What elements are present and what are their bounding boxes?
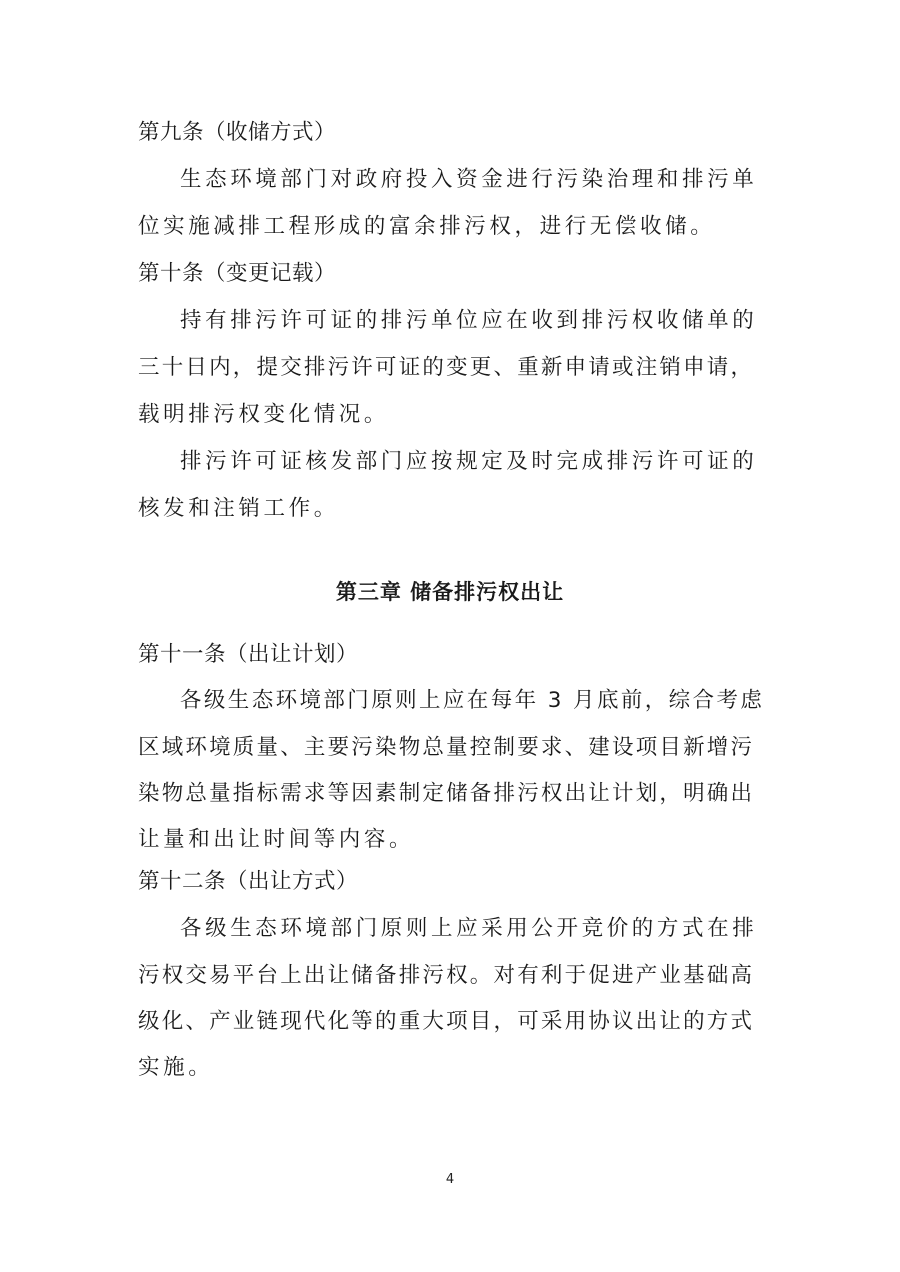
article-10-para-1-line-1: 持有排污许可证的排污单位应在收到排污权收储单的 — [180, 306, 770, 336]
article-12-line-4: 实施。 — [138, 1053, 768, 1083]
article-9-line-2: 位实施减排工程形成的富余排污权，进行无偿收储。 — [138, 212, 768, 242]
article-12-line-3: 级化、产业链现代化等的重大项目，可采用协议出让的方式 — [138, 1007, 768, 1037]
article-9-heading: 第九条（收储方式） — [138, 118, 768, 148]
article-10-para-1-line-2: 三十日内，提交排污许可证的变更、重新申请或注销申请， — [138, 353, 768, 383]
article-9-line-1: 生态环境部门对政府投入资金进行污染治理和排污单 — [180, 165, 770, 195]
page-number: 4 — [0, 1170, 900, 1190]
article-10-para-1-line-3: 载明排污权变化情况。 — [138, 400, 768, 430]
article-10-para-2-line-2: 核发和注销工作。 — [138, 494, 768, 524]
document-page: 第九条（收储方式） 生态环境部门对政府投入资金进行污染治理和排污单 位实施减排工… — [0, 0, 900, 1272]
article-10-heading: 第十条（变更记载） — [138, 259, 768, 289]
article-11-heading: 第十一条（出让计划） — [138, 640, 768, 670]
article-11-line-4: 让量和出让时间等内容。 — [138, 825, 768, 855]
article-10-para-2-line-1: 排污许可证核发部门应按规定及时完成排污许可证的 — [180, 447, 770, 477]
article-11-line-2: 区域环境质量、主要污染物总量控制要求、建设项目新增污 — [138, 733, 768, 763]
article-11-line-3: 染物总量指标需求等因素制定储备排污权出让计划，明确出 — [138, 779, 768, 809]
chapter-3-title: 第三章 储备排污权出让 — [0, 577, 900, 607]
article-12-line-2: 污权交易平台上出让储备排污权。对有利于促进产业基础高 — [138, 961, 768, 991]
article-11-line-1: 各级生态环境部门原则上应在每年 3 月底前，综合考虑 — [180, 686, 770, 716]
article-12-heading: 第十二条（出让方式） — [138, 867, 768, 897]
article-12-line-1: 各级生态环境部门原则上应采用公开竞价的方式在排 — [180, 914, 770, 944]
